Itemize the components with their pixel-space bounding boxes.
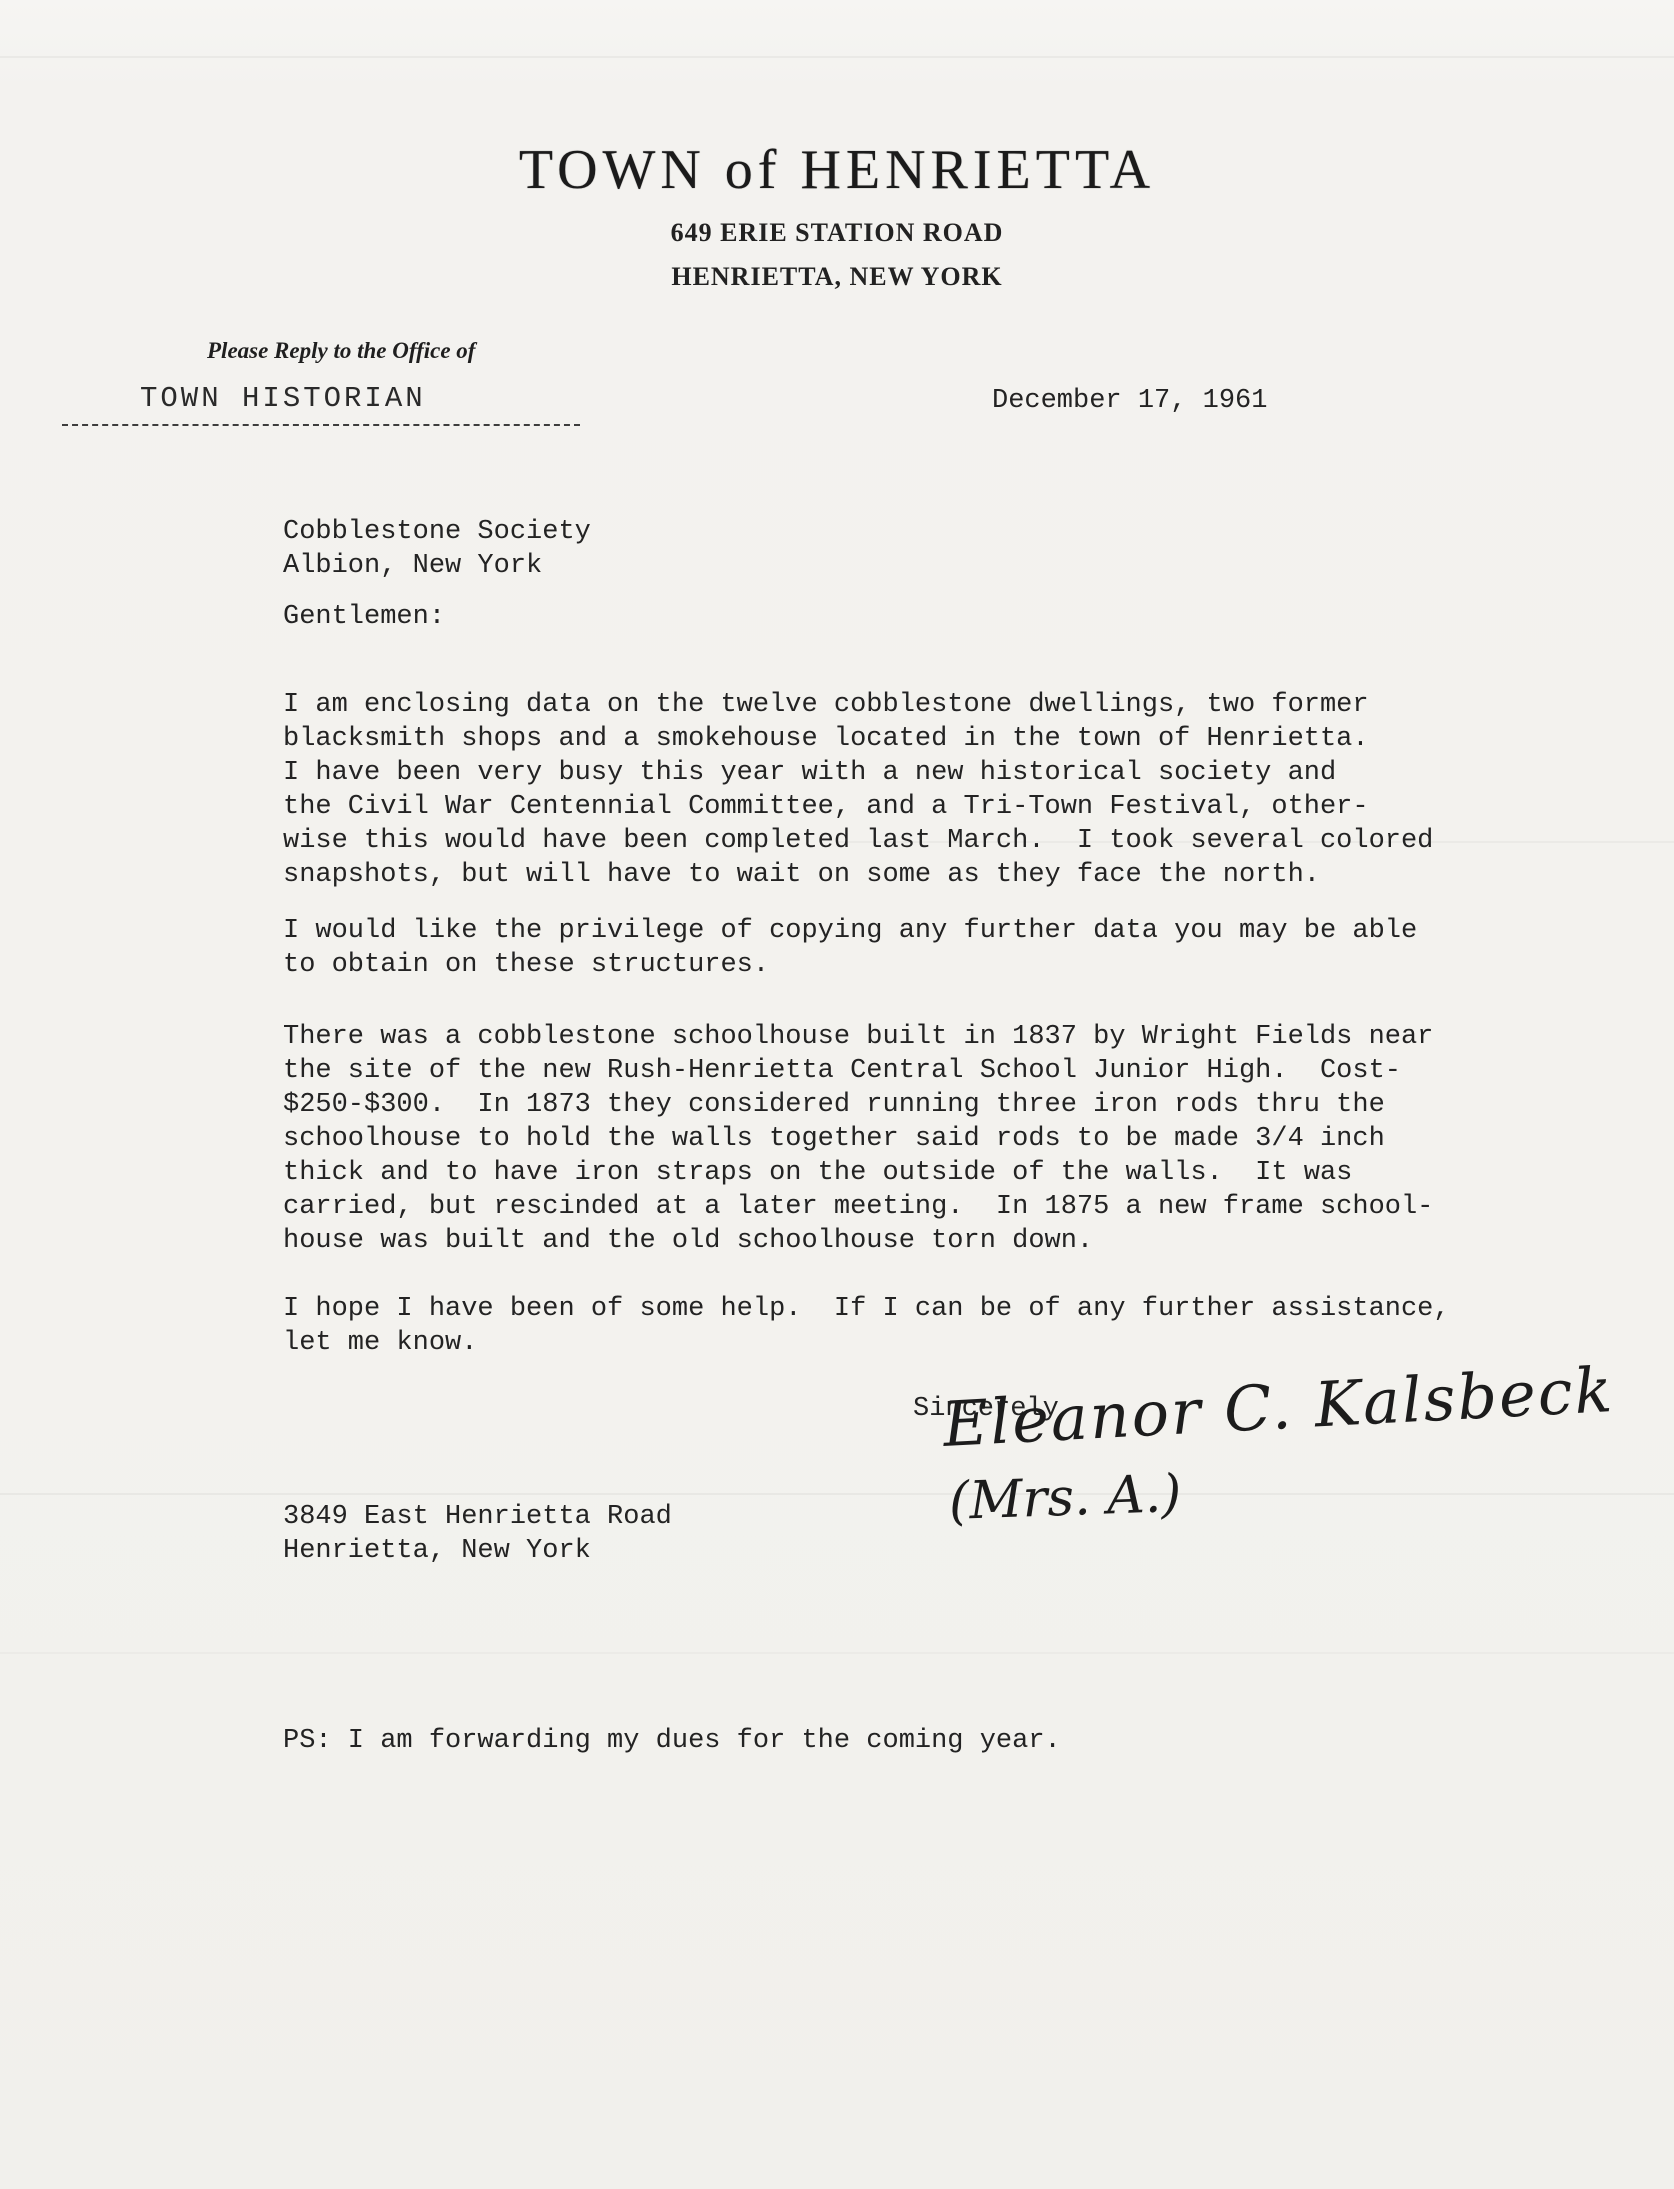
letter-line: carried, but rescinded at a later meetin… xyxy=(283,1190,1433,1224)
letter-line: house was built and the old schoolhouse … xyxy=(283,1224,1433,1258)
letterhead-address-line2: HENRIETTA, NEW YORK xyxy=(0,262,1674,292)
signature-handwritten: Eleanor C. Kalsbeck xyxy=(941,1353,1615,1461)
letter-line: to obtain on these structures. xyxy=(283,948,1417,982)
letter-line: There was a cobblestone schoolhouse buil… xyxy=(283,1020,1433,1054)
letter-line: the site of the new Rush-Henrietta Centr… xyxy=(283,1054,1433,1088)
recipient-block: Cobblestone Society Albion, New York xyxy=(283,515,591,583)
reply-note-label: Please Reply to the Office of xyxy=(207,338,475,364)
paragraph-3: There was a cobblestone schoolhouse buil… xyxy=(283,1020,1433,1258)
sender-address-block: 3849 East Henrietta Road Henrietta, New … xyxy=(283,1500,672,1568)
letter-line: wise this would have been completed last… xyxy=(283,824,1433,858)
recipient-location: Albion, New York xyxy=(283,549,591,583)
dashed-rule xyxy=(62,424,580,426)
sender-address-line1: 3849 East Henrietta Road xyxy=(283,1500,672,1534)
postscript: PS: I am forwarding my dues for the comi… xyxy=(283,1724,1061,1758)
paper-crease xyxy=(0,56,1674,58)
letterhead: TOWN of HENRIETTA 649 ERIE STATION ROAD … xyxy=(0,138,1674,292)
paragraph-1: I am enclosing data on the twelve cobble… xyxy=(283,688,1433,892)
letter-line: snapshots, but will have to wait on some… xyxy=(283,858,1433,892)
letter-date: December 17, 1961 xyxy=(992,386,1267,416)
letterhead-title: TOWN of HENRIETTA xyxy=(0,138,1674,202)
signature-suffix-handwritten: (Mrs. A.) xyxy=(948,1464,1182,1532)
letter-line: I would like the privilege of copying an… xyxy=(283,914,1417,948)
letter-line: blacksmith shops and a smokehouse locate… xyxy=(283,722,1433,756)
recipient-name: Cobblestone Society xyxy=(283,515,591,549)
letter-line: the Civil War Centennial Committee, and … xyxy=(283,790,1433,824)
letterhead-address-line1: 649 ERIE STATION ROAD xyxy=(0,218,1674,248)
letter-line: thick and to have iron straps on the out… xyxy=(283,1156,1433,1190)
letter-line: schoolhouse to hold the walls together s… xyxy=(283,1122,1433,1156)
scanned-letter-page: TOWN of HENRIETTA 649 ERIE STATION ROAD … xyxy=(0,0,1674,2189)
sender-address-line2: Henrietta, New York xyxy=(283,1534,672,1568)
salutation: Gentlemen: xyxy=(283,600,445,634)
letter-line: I have been very busy this year with a n… xyxy=(283,756,1433,790)
letter-line: I am enclosing data on the twelve cobble… xyxy=(283,688,1433,722)
letter-line: let me know. xyxy=(283,1326,1450,1360)
paper-crease xyxy=(0,1493,1674,1495)
letter-line: $250-$300. In 1873 they considered runni… xyxy=(283,1088,1433,1122)
paragraph-4: I hope I have been of some help. If I ca… xyxy=(283,1292,1450,1360)
office-name: TOWN HISTORIAN xyxy=(140,382,426,415)
letter-line: I hope I have been of some help. If I ca… xyxy=(283,1292,1450,1326)
paragraph-2: I would like the privilege of copying an… xyxy=(283,914,1417,982)
paper-crease xyxy=(0,1652,1674,1654)
